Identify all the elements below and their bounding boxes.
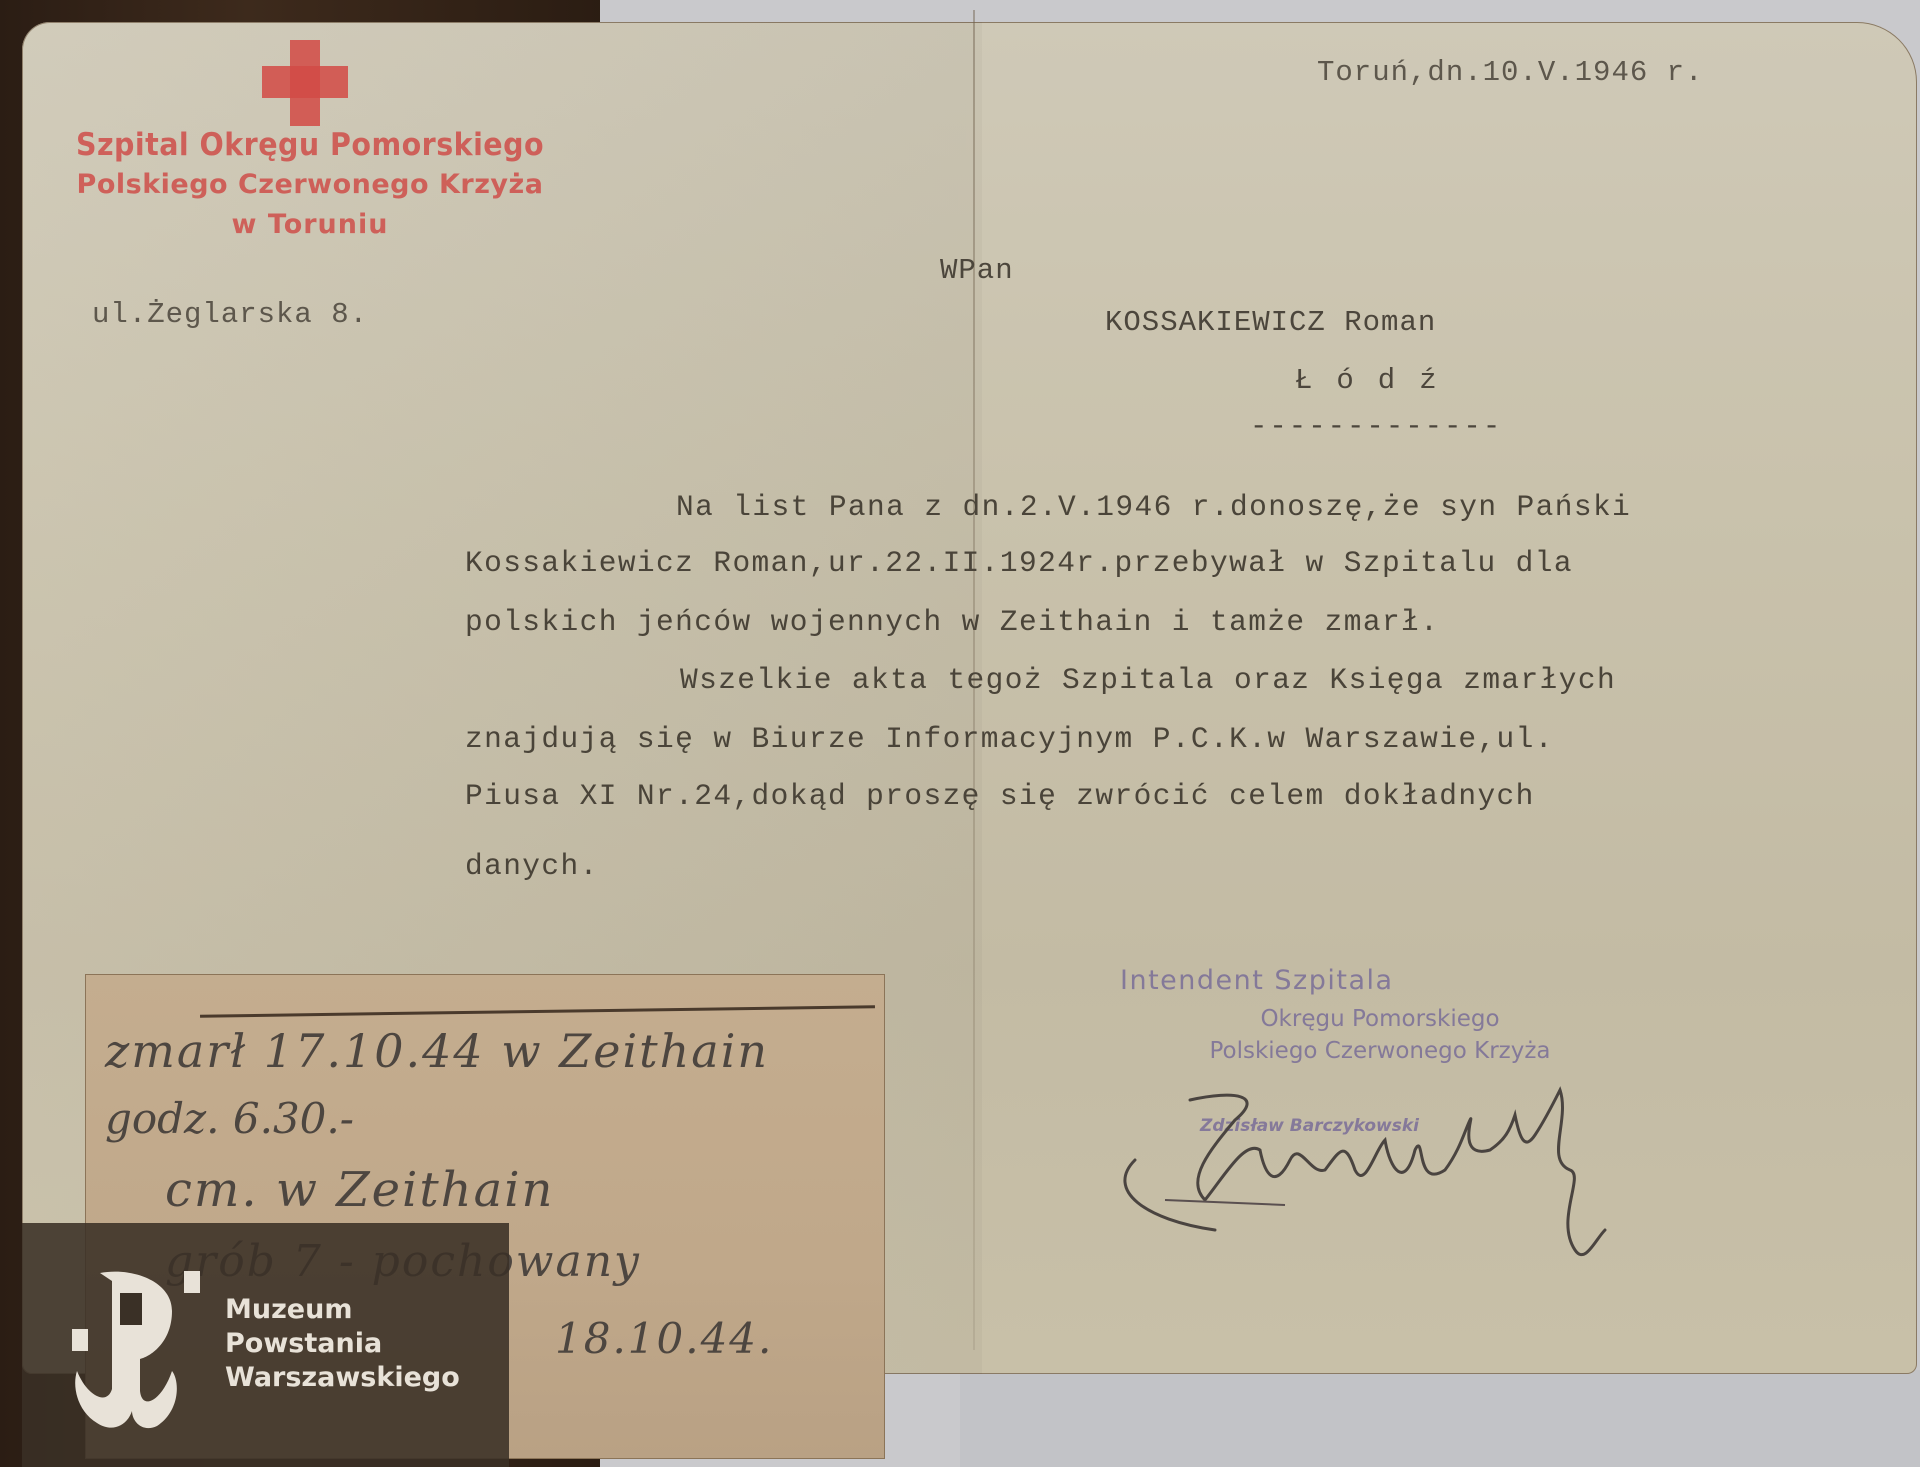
stamp-line-3: Polskiego Czerwonego Krzyża xyxy=(1140,1038,1620,1064)
sender-address: ul.Żeglarska 8. xyxy=(92,298,368,331)
recipient-name: KOSSAKIEWICZ Roman xyxy=(1105,306,1436,339)
body-line: Wszelkie akta tegoż Szpitala oraz Księga… xyxy=(680,663,1616,697)
kotwica-logo-icon xyxy=(72,1271,202,1431)
letterhead-line-3: w Toruniu xyxy=(50,205,570,245)
museum-name: Muzeum Powstania Warszawskiego xyxy=(225,1293,460,1395)
museum-name-line-1: Muzeum xyxy=(225,1293,460,1327)
body-line: Na list Pana z dn.2.V.1946 r.donoszę,że … xyxy=(676,490,1631,524)
body-line: polskich jeńców wojennych w Zeithain i t… xyxy=(465,605,1439,639)
body-line: danych. xyxy=(465,849,599,883)
date-line: Toruń,dn.10.V.1946 r. xyxy=(1317,56,1703,89)
museum-watermark: Muzeum Powstania Warszawskiego xyxy=(22,1223,509,1467)
body-line: Piusa XI Nr.24,dokąd proszę się zwrócić … xyxy=(465,779,1535,813)
note-line-1: zmarł 17.10.44 w Zeithain xyxy=(105,1024,769,1078)
letterhead-stamp: Szpital Okręgu Pomorskiego Polskiego Cze… xyxy=(50,125,570,245)
handwritten-signature-icon xyxy=(1115,1080,1715,1270)
recipient-city: Łódź xyxy=(1295,364,1461,397)
museum-name-line-2: Powstania xyxy=(225,1327,460,1361)
museum-name-line-3: Warszawskiego xyxy=(225,1361,460,1395)
stamp-line-2: Okręgu Pomorskiego xyxy=(1140,1006,1620,1032)
recipient-underline: ------------- xyxy=(1250,410,1502,443)
stamp-line-1: Intendent Szpitala xyxy=(1120,965,1620,996)
note-line-5: 18.10.44. xyxy=(555,1314,773,1363)
body-line: znajdują się w Biurze Informacyjnym P.C.… xyxy=(465,722,1554,756)
note-line-2: godz. 6.30.- xyxy=(105,1094,354,1143)
letterhead-line-2: Polskiego Czerwonego Krzyża xyxy=(50,165,570,205)
letterhead-line-1: Szpital Okręgu Pomorskiego xyxy=(71,125,549,165)
salutation: WPan xyxy=(940,254,1014,287)
bottom-surface-strip xyxy=(960,1370,1920,1467)
card-ruled-line xyxy=(200,1005,875,1017)
body-line: Kossakiewicz Roman,ur.22.II.1924r.przeby… xyxy=(465,546,1573,580)
note-line-3: cm. w Zeithain xyxy=(165,1162,554,1218)
red-cross-icon xyxy=(262,40,348,126)
